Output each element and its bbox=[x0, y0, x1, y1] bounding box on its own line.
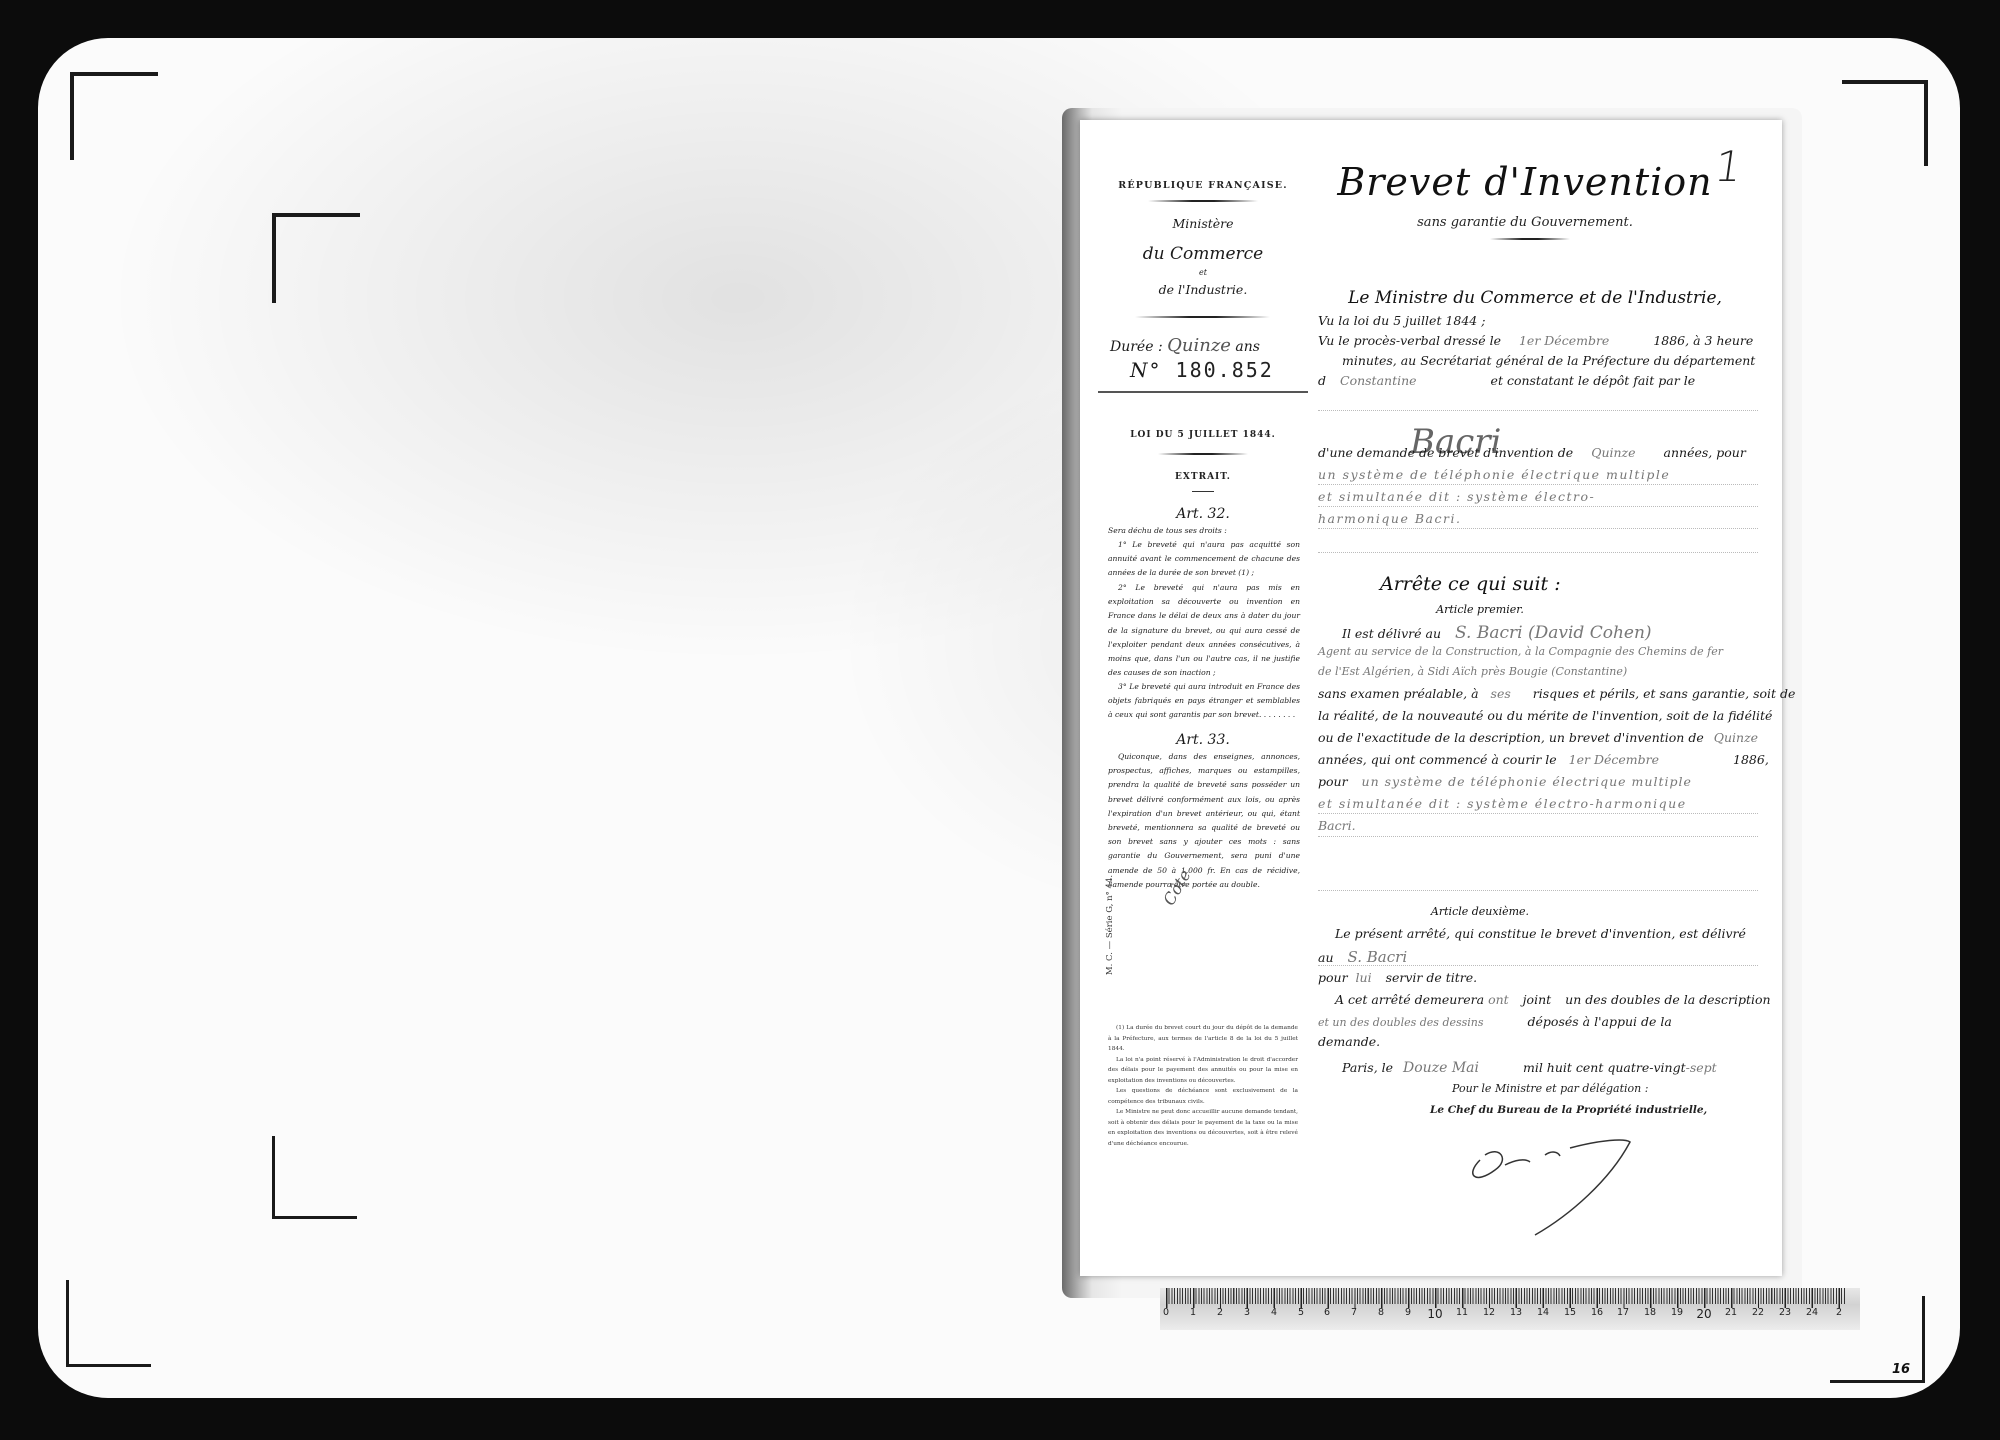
arrete-heading: Arrête ce qui suit : bbox=[1380, 573, 1561, 595]
dotted-line bbox=[1318, 836, 1758, 837]
a2-l2-prefix: au bbox=[1318, 950, 1334, 965]
a1-l6-prefix: ou de l'exactitude de la description, un… bbox=[1318, 730, 1704, 745]
a2-line-6: demande. bbox=[1318, 1034, 1758, 1049]
footnote-2: La loi n'a point réservé à l'Administrat… bbox=[1108, 1055, 1298, 1087]
signature-title: Le Chef du Bureau de la Propriété indust… bbox=[1430, 1104, 1707, 1116]
dotted-line bbox=[1318, 528, 1758, 529]
dotted-line bbox=[1318, 506, 1758, 507]
pv-year: 1886, à 3 heure bbox=[1653, 333, 1753, 348]
footnote-3: Les questions de déchéance sont exclusiv… bbox=[1108, 1086, 1298, 1107]
dotted-line bbox=[1318, 410, 1758, 411]
ministry-et: et bbox=[1108, 268, 1298, 277]
ruler-label: 17 bbox=[1617, 1307, 1629, 1318]
a1-l6-value: Quinze bbox=[1714, 730, 1758, 745]
divider bbox=[1490, 238, 1570, 240]
line-minutes: minutes, au Secrétariat général de la Pr… bbox=[1342, 353, 1762, 368]
date-year: -sept bbox=[1686, 1060, 1717, 1075]
ruler-label: 21 bbox=[1725, 1307, 1737, 1318]
a2-l3-suffix: servir de titre. bbox=[1386, 970, 1478, 985]
a2-l4-value: ont bbox=[1488, 992, 1509, 1007]
ruler-label: 2 bbox=[1217, 1307, 1223, 1318]
ruler-label: 5 bbox=[1298, 1307, 1304, 1318]
article-32-para-1: 1° Le breveté qui n'aura pas acquitté so… bbox=[1108, 538, 1300, 581]
article-32-para-3: 3° Le breveté qui aura introduit en Fran… bbox=[1108, 680, 1300, 723]
line-demande: d'une demande de brevet d'invention de Q… bbox=[1318, 445, 1758, 460]
pv-prefix: Vu le procès-verbal dressé le bbox=[1318, 333, 1501, 348]
date-mid: mil huit cent quatre-vingt bbox=[1523, 1060, 1686, 1075]
a1-line-10: Bacri. bbox=[1318, 818, 1758, 833]
a2-l4-mid: joint bbox=[1523, 992, 1551, 1007]
divider bbox=[1158, 453, 1248, 455]
a1-l7-year: 1886, bbox=[1733, 752, 1769, 767]
line-law: Vu la loi du 5 juillet 1844 ; bbox=[1318, 313, 1758, 328]
ruler-label: 0 bbox=[1163, 1307, 1169, 1318]
ruler-label: 19 bbox=[1671, 1307, 1683, 1318]
dept-prefix: d bbox=[1318, 373, 1326, 388]
dept-suffix: et constatant le dépôt fait par le bbox=[1491, 373, 1696, 388]
demande-suffix: années, pour bbox=[1664, 445, 1746, 460]
crop-mark-top-left-inner bbox=[272, 213, 360, 303]
ruler-label: 23 bbox=[1779, 1307, 1791, 1318]
patent-number: N° 180.852 bbox=[1130, 358, 1274, 382]
divider bbox=[1135, 316, 1270, 318]
crop-mark-bottom-left-outer bbox=[66, 1280, 151, 1367]
a1-line-3: de l'Est Algérien, à Sidi Aïch près Boug… bbox=[1318, 665, 1758, 678]
date-line: Paris, le Douze Mai mil huit cent quatre… bbox=[1342, 1060, 1782, 1076]
ruler-label: 10 bbox=[1427, 1307, 1442, 1321]
a2-l3-value: lui bbox=[1356, 970, 1372, 985]
a1-line-7: années, qui ont commencé à courir le 1er… bbox=[1318, 752, 1758, 767]
line-proces-verbal: Vu le procès-verbal dressé le 1er Décemb… bbox=[1318, 333, 1758, 348]
a1-l4-suffix: risques et périls, et sans garantie, soi… bbox=[1533, 686, 1796, 701]
document-title: Brevet d'Invention bbox=[1300, 160, 1750, 204]
crop-mark-bottom-left-inner bbox=[272, 1136, 357, 1219]
ruler-labels: 0 1 2 3 4 5 6 7 8 9 10 11 12 13 14 15 16… bbox=[1160, 1307, 1860, 1323]
ruler-label: 16 bbox=[1591, 1307, 1603, 1318]
ruler-label: 6 bbox=[1324, 1307, 1330, 1318]
a2-l3-prefix: pour bbox=[1318, 970, 1348, 985]
ruler-label: 11 bbox=[1456, 1307, 1468, 1318]
ruler-label: 3 bbox=[1244, 1307, 1250, 1318]
ruler-label: 15 bbox=[1564, 1307, 1576, 1318]
dotted-line bbox=[1318, 552, 1758, 553]
measurement-ruler: 0 1 2 3 4 5 6 7 8 9 10 11 12 13 14 15 16… bbox=[1160, 1288, 1860, 1330]
ruler-label: 22 bbox=[1752, 1307, 1764, 1318]
signature-intro: Pour le Ministre et par délégation : bbox=[1452, 1082, 1648, 1095]
ruler-label: 1 bbox=[1190, 1307, 1196, 1318]
a1-l7-date: 1er Décembre bbox=[1569, 752, 1659, 767]
number-value: 180.852 bbox=[1176, 358, 1274, 382]
a2-l4-prefix: A cet arrêté demeurera bbox=[1335, 992, 1484, 1007]
minister-heading: Le Ministre du Commerce et de l'Industri… bbox=[1310, 288, 1760, 308]
patent-document: RÉPUBLIQUE FRANÇAISE. Ministère du Comme… bbox=[1080, 120, 1782, 1276]
a2-l2-value: S. Bacri bbox=[1348, 948, 1408, 966]
ruler-label: 18 bbox=[1644, 1307, 1656, 1318]
a1-line-5: la réalité, de la nouveauté ou du mérite… bbox=[1318, 708, 1758, 723]
date-prefix: Paris, le bbox=[1342, 1060, 1393, 1075]
crop-mark-top-left-outer bbox=[70, 72, 158, 160]
ruler-label: 12 bbox=[1483, 1307, 1495, 1318]
a1-line-9: et simultanée dit : système électro-harm… bbox=[1318, 796, 1758, 811]
ministry-line-1: Ministère bbox=[1108, 216, 1298, 231]
duration-label: Durée : bbox=[1110, 339, 1163, 355]
line-department: d Constantine et constatant le dépôt fai… bbox=[1318, 373, 1758, 388]
scan-page-number: 16 bbox=[1892, 1362, 1910, 1377]
ruler-label: 13 bbox=[1510, 1307, 1522, 1318]
series-code: M. C. — Série G, n° 44. bbox=[1105, 875, 1115, 975]
a1-line-2: Agent au service de la Construction, à l… bbox=[1318, 645, 1758, 658]
ruler-major-ticks bbox=[1166, 1288, 1846, 1308]
number-label: N° bbox=[1130, 358, 1162, 382]
a1-l8-value: un système de téléphonie électrique mult… bbox=[1362, 774, 1692, 789]
a1-line-6: ou de l'exactitude de la description, un… bbox=[1318, 730, 1758, 745]
article-1-title: Article premier. bbox=[1380, 603, 1580, 616]
a2-line-3: pour lui servir de titre. bbox=[1318, 970, 1758, 985]
ruler-label: 2 bbox=[1836, 1307, 1842, 1318]
a1-l4-prefix: sans examen préalable, à bbox=[1318, 686, 1479, 701]
article-33-title: Art. 33. bbox=[1108, 732, 1298, 748]
a2-line-4: A cet arrêté demeurera ont joint un des … bbox=[1335, 992, 1775, 1007]
demande-years: Quinze bbox=[1591, 445, 1635, 460]
extract-heading: EXTRAIT. bbox=[1108, 472, 1298, 482]
divider bbox=[1148, 200, 1258, 202]
a2-l5-value: et un des doubles des dessins bbox=[1318, 1016, 1484, 1029]
divider bbox=[1192, 491, 1214, 492]
ministry-line-2: du Commerce bbox=[1108, 244, 1298, 264]
invention-line-2: et simultanée dit : système électro- bbox=[1318, 489, 1758, 504]
law-heading: LOI DU 5 JUILLET 1844. bbox=[1108, 430, 1298, 440]
duration-suffix: ans bbox=[1235, 339, 1260, 355]
footnotes: (1) La durée du brevet court du jour du … bbox=[1108, 1023, 1298, 1149]
a2-line-1: Le présent arrêté, qui constitue le brev… bbox=[1335, 926, 1775, 941]
invention-line-3: harmonique Bacri. bbox=[1318, 511, 1758, 526]
a1-line-8: pour un système de téléphonie électrique… bbox=[1318, 774, 1758, 789]
article-33-para: Quiconque, dans des enseignes, annonces,… bbox=[1108, 750, 1300, 892]
article-32-title: Art. 32. bbox=[1108, 506, 1298, 522]
ministry-line-3: de l'Industrie. bbox=[1108, 282, 1298, 297]
republic-heading: RÉPUBLIQUE FRANÇAISE. bbox=[1108, 180, 1298, 191]
a2-l5-suffix: déposés à l'appui de la bbox=[1528, 1014, 1672, 1029]
article-32-para-2: 2° Le breveté qui n'aura pas mis en expl… bbox=[1108, 581, 1300, 680]
duration-value: Quinze bbox=[1167, 335, 1231, 356]
crop-mark-top-right bbox=[1842, 80, 1928, 166]
a2-l4-suffix: un des doubles de la description bbox=[1565, 992, 1770, 1007]
divider bbox=[1098, 391, 1308, 393]
ruler-label: 9 bbox=[1405, 1307, 1411, 1318]
dotted-line bbox=[1318, 813, 1758, 814]
ruler-label: 7 bbox=[1351, 1307, 1357, 1318]
dept-value: Constantine bbox=[1340, 373, 1417, 388]
a1-recipient: S. Bacri (David Cohen) bbox=[1455, 623, 1652, 643]
a1-line-1: Il est délivré au S. Bacri (David Cohen) bbox=[1342, 623, 1782, 643]
date-value: Douze Mai bbox=[1403, 1060, 1479, 1076]
document-subtitle: sans garantie du Gouvernement. bbox=[1300, 215, 1750, 230]
duration-field: Durée : Quinze ans bbox=[1110, 335, 1260, 356]
a1-line-4: sans examen préalable, à ses risques et … bbox=[1318, 686, 1758, 701]
a1-l8-prefix: pour bbox=[1318, 774, 1348, 789]
a2-line-2: au S. Bacri bbox=[1318, 948, 1758, 966]
invention-line-1: un système de téléphonie électrique mult… bbox=[1318, 467, 1758, 482]
ruler-label: 8 bbox=[1378, 1307, 1384, 1318]
a1-prefix: Il est délivré au bbox=[1342, 626, 1441, 641]
dotted-line bbox=[1318, 965, 1758, 966]
ruler-label: 24 bbox=[1806, 1307, 1818, 1318]
ruler-label: 20 bbox=[1696, 1307, 1711, 1321]
article-32-intro: Sera déchu de tous ses droits : bbox=[1108, 524, 1298, 538]
dotted-line bbox=[1318, 484, 1758, 485]
ruler-label: 14 bbox=[1537, 1307, 1549, 1318]
footnote-1: (1) La durée du brevet court du jour du … bbox=[1108, 1023, 1298, 1055]
a1-l7-prefix: années, qui ont commencé à courir le bbox=[1318, 752, 1557, 767]
ruler-label: 4 bbox=[1271, 1307, 1277, 1318]
pv-date: 1er Décembre bbox=[1519, 333, 1609, 348]
dotted-line bbox=[1318, 890, 1758, 891]
a1-l4-value: ses bbox=[1491, 686, 1511, 701]
demande-prefix: d'une demande de brevet d'invention de bbox=[1318, 445, 1573, 460]
article-2-title: Article deuxième. bbox=[1380, 905, 1580, 918]
handwritten-signature bbox=[1460, 1120, 1660, 1240]
footnote-4: Le Ministre ne peut donc accueillir aucu… bbox=[1108, 1107, 1298, 1149]
a2-line-5: et un des doubles des dessins déposés à … bbox=[1318, 1014, 1758, 1029]
